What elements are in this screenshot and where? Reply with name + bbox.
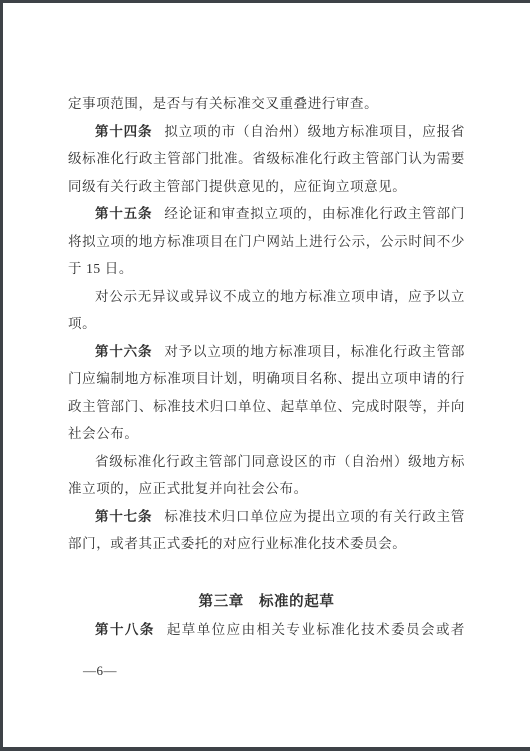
article-label-14: 第十四条 [95, 124, 152, 139]
scanned-document-page: 定事项范围，是否与有关标准交叉重叠进行审查。 第十四条拟立项的市（自治州）级地方… [0, 0, 530, 751]
article-label-15: 第十五条 [95, 206, 152, 221]
article-paragraph-14: 第十四条拟立项的市（自治州）级地方标准项目，应报省级标准化行政主管部门批准。省级… [68, 118, 465, 201]
paragraph-provincial-approval: 省级标准化行政主管部门同意设区的市（自治州）级地方标准立项的，应正式批复并向社会… [68, 448, 465, 503]
article-paragraph-17: 第十七条标准技术归口单位应为提出立项的有关行政主管部门，或者其正式委托的对应行业… [68, 503, 465, 558]
chapter-heading: 第三章 标准的起草 [68, 589, 465, 617]
page-number: —6— [83, 657, 465, 685]
article-label-16: 第十六条 [95, 344, 152, 359]
article-paragraph-16: 第十六条对予以立项的地方标准项目，标准化行政主管部门应编制地方标准项目计划，明确… [68, 338, 465, 448]
article-label-18: 第十八条 [95, 622, 155, 637]
article-label-17: 第十七条 [95, 509, 152, 524]
article-paragraph-15: 第十五条经论证和审查拟立项的，由标准化行政主管部门将拟立项的地方标准项目在门户网… [68, 200, 465, 283]
document-body: 定事项范围，是否与有关标准交叉重叠进行审查。 第十四条拟立项的市（自治州）级地方… [68, 90, 465, 684]
article-text-18: 起草单位应由相关专业标准化技术委员会或者 [167, 622, 465, 637]
paragraph-continuation: 定事项范围，是否与有关标准交叉重叠进行审查。 [68, 90, 465, 118]
paragraph-publicity-result: 对公示无异议或异议不成立的地方标准立项申请，应予以立项。 [68, 283, 465, 338]
article-paragraph-18: 第十八条起草单位应由相关专业标准化技术委员会或者 [68, 616, 465, 644]
